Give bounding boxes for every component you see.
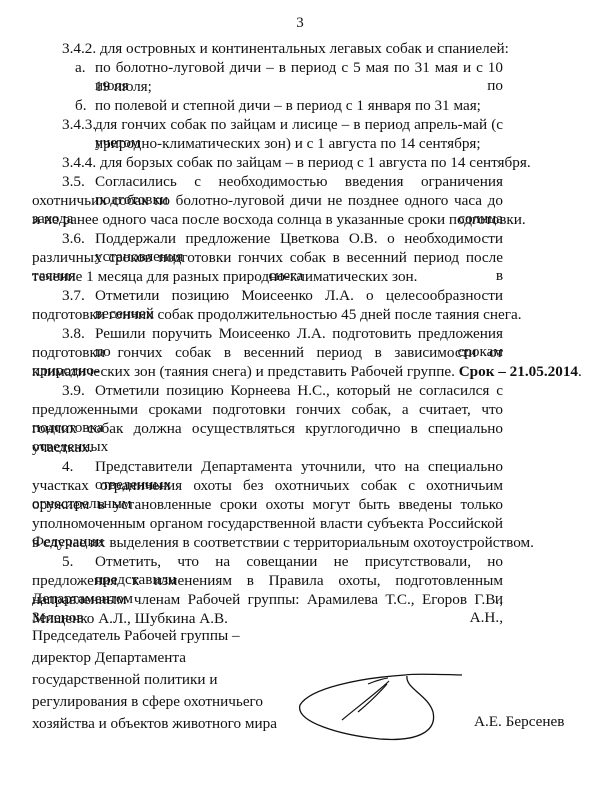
handwritten-signature	[0, 0, 600, 794]
signer-name: А.Е. Берсенев	[474, 713, 564, 731]
